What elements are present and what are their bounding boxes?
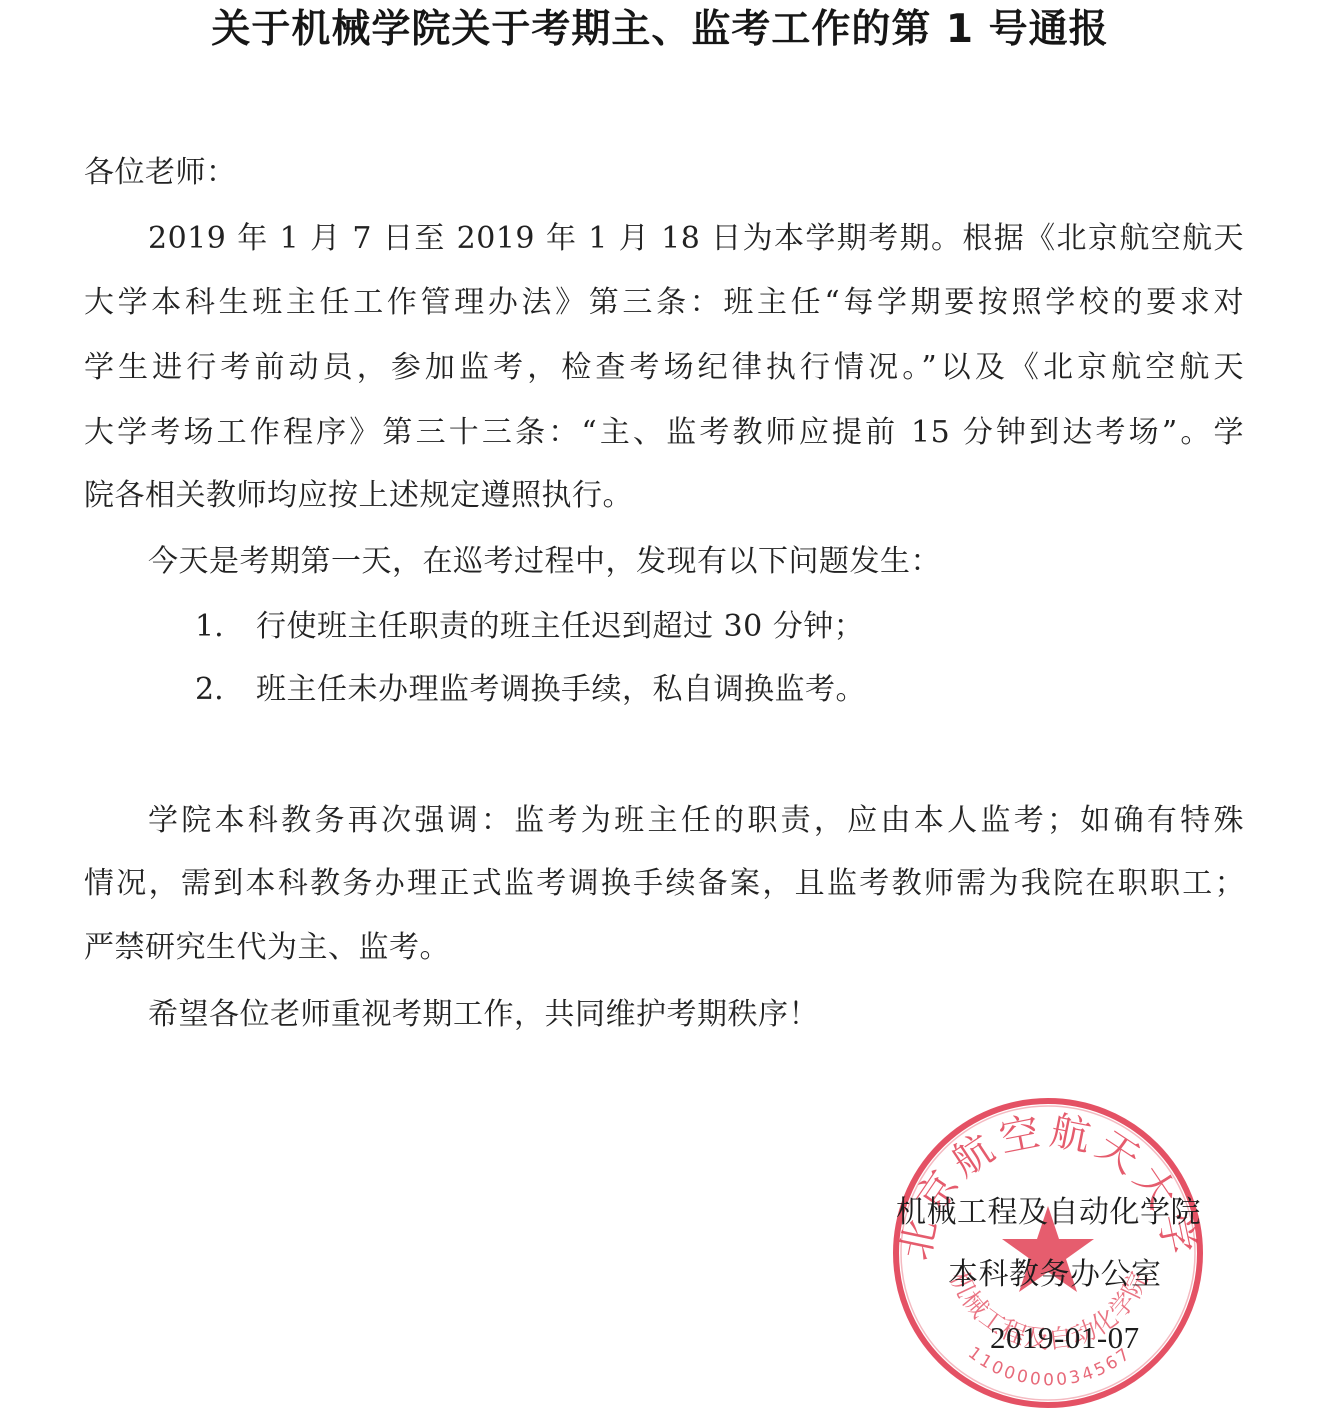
issue-text: 行使班主任职责的班主任迟到超过 30 分钟； <box>256 607 864 647</box>
official-seal: 北京航空航天大学 机械工程及自动化学院 1100000034567 <box>889 1094 1207 1408</box>
signature-organization: 机械工程及自动化学院 <box>896 1193 1201 1233</box>
seal-graphic: 北京航空航天大学 机械工程及自动化学院 1100000034567 <box>889 1094 1207 1408</box>
paragraph-findings-intro: 今天是考期第一天，在巡考过程中，发现有以下问题发生： <box>148 542 1244 582</box>
paragraph-line: 学生进行考前动员，参加监考，检查考场纪律执行情况。”以及《北京航空航天 <box>84 348 1244 388</box>
signature-date: 2019-01-07 <box>990 1318 1140 1358</box>
signature-office: 本科教务办公室 <box>948 1255 1162 1295</box>
paragraph-line: 院各相关教师均应按上述规定遵照执行。 <box>84 476 1244 516</box>
paragraph-line: 大学考场工作程序》第三十三条：“主、监考教师应提前 15 分钟到达考场”。学 <box>84 413 1244 453</box>
document-title: 关于机械学院关于考期主、监考工作的第 1 号通报 <box>0 4 1320 56</box>
paragraph-closing: 希望各位老师重视考期工作，共同维护考期秩序！ <box>148 995 1244 1035</box>
document-page: 关于机械学院关于考期主、监考工作的第 1 号通报 各位老师： 2019 年 1 … <box>0 0 1336 1408</box>
paragraph-line: 大学本科生班主任工作管理办法》第三条：班主任“每学期要按照学校的要求对 <box>84 283 1244 323</box>
svg-text:北京航空航天大学: 北京航空航天大学 <box>893 1108 1204 1264</box>
salutation: 各位老师： <box>84 153 1244 193</box>
paragraph-line: 情况，需到本科教务办理正式监考调换手续备案，且监考教师需为我院在职职工； <box>84 864 1244 904</box>
issue-number: 2. <box>195 670 224 710</box>
paragraph-line: 严禁研究生代为主、监考。 <box>84 928 1244 968</box>
paragraph-line: 2019 年 1 月 7 日至 2019 年 1 月 18 日为本学期考期。根据… <box>148 219 1244 259</box>
issue-text: 班主任未办理监考调换手续，私自调换监考。 <box>256 670 866 710</box>
issue-number: 1. <box>195 607 224 647</box>
paragraph-line: 学院本科教务再次强调：监考为班主任的职责，应由本人监考；如确有特殊 <box>148 801 1244 841</box>
seal-outer-text: 北京航空航天大学 <box>893 1108 1204 1264</box>
